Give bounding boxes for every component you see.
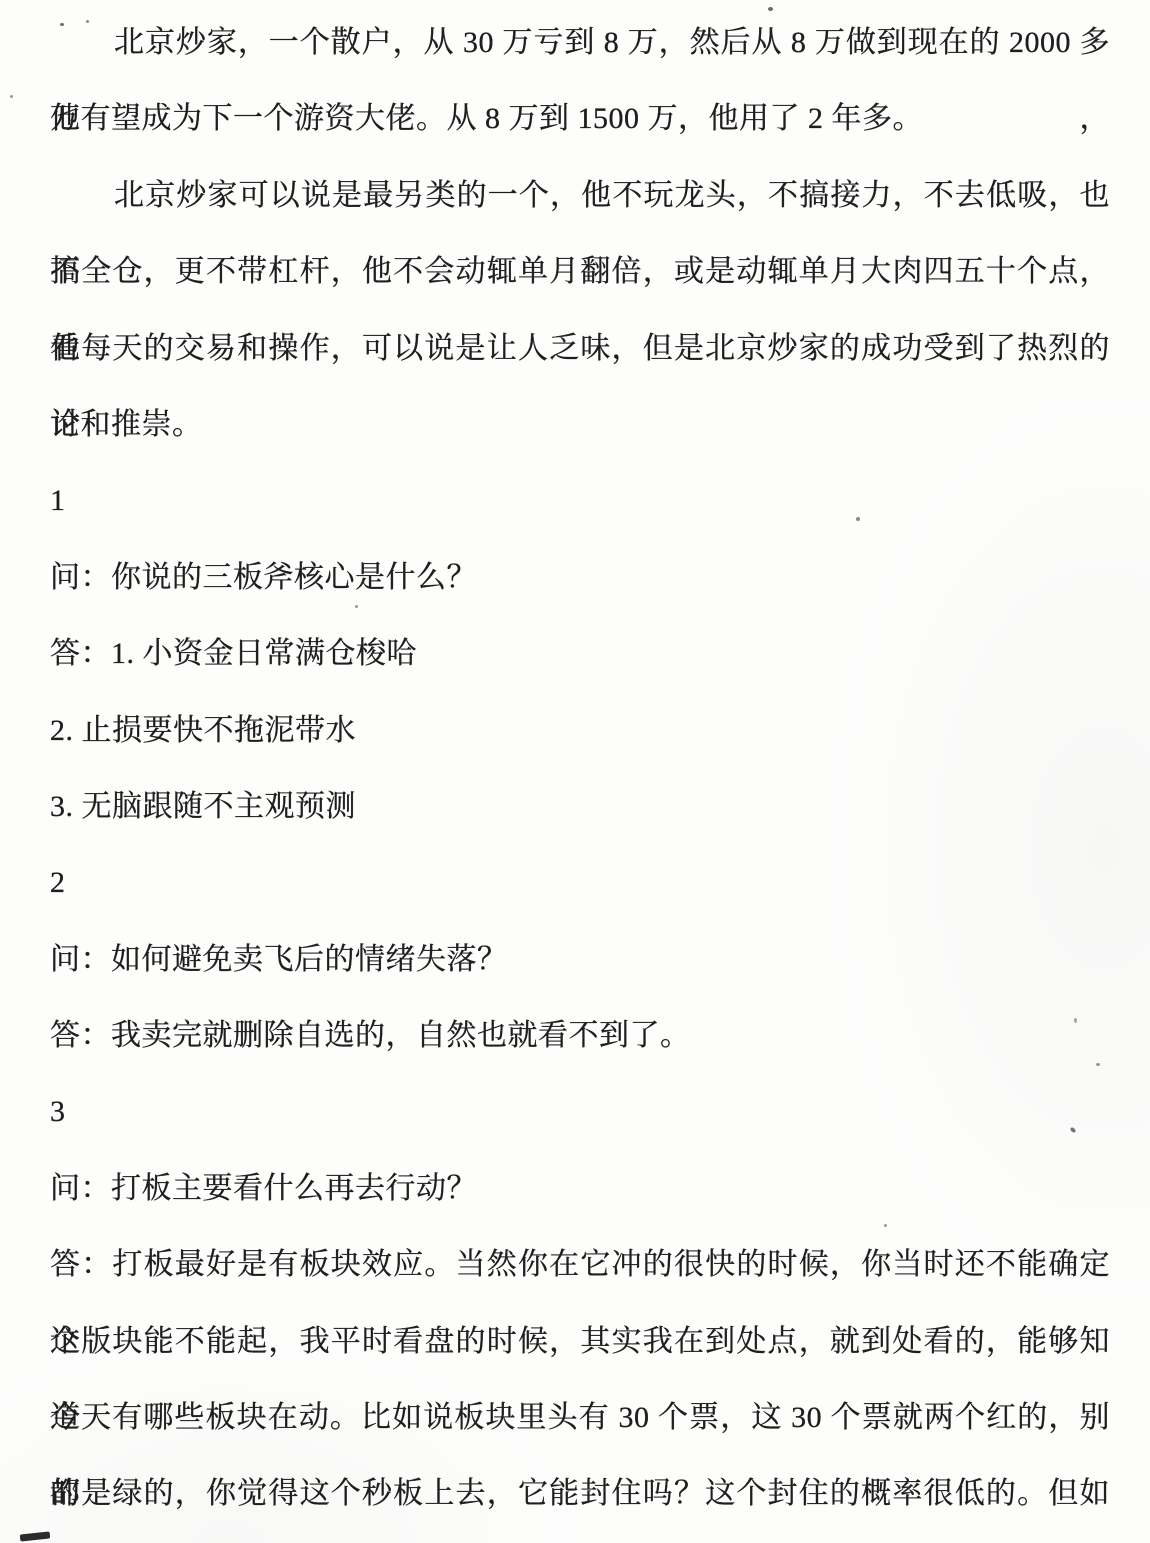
scan-speck xyxy=(10,95,13,98)
text-line: 1 xyxy=(50,463,1110,539)
text-line: 答：我卖完就删除自选的，自然也就看不到了。 xyxy=(50,998,1110,1074)
text-column: 北京炒家，一个散户，从 30 万亏到 8 万，然后从 8 万做到现在的 2000… xyxy=(50,5,1110,1533)
text-line: 论和推崇。 xyxy=(50,387,1110,463)
scan-speck xyxy=(884,1224,887,1227)
text-line: 都是绿的，你觉得这个秒板上去，它能封住吗？这个封住的概率很低的。但如果 xyxy=(50,1456,1110,1532)
text-line: 北京炒家，一个散户，从 30 万亏到 8 万，然后从 8 万做到现在的 2000… xyxy=(50,5,1110,81)
scan-speck xyxy=(355,605,358,608)
text-line: 2. 止损要快不拖泥带水 xyxy=(50,693,1110,769)
scan-speck xyxy=(60,23,64,26)
text-line: 个版块能不能起，我平时看盘的时候，其实我在到处点，就到处看的，能够知道 xyxy=(50,1304,1110,1380)
scan-speck xyxy=(1096,1063,1100,1066)
text-line: 答：1. 小资金日常满仓梭哈 xyxy=(50,616,1110,692)
scan-speck xyxy=(768,7,773,11)
text-line: 北京炒家可以说是最另类的一个，他不玩龙头，不搞接力，不去低吸，也不 xyxy=(50,158,1110,234)
text-line: 搞全仓，更不带杠杆，他不会动辄单月翻倍，或是动辄单月大肉四五十个点，看 xyxy=(50,234,1110,310)
text-line: 3. 无脑跟随不主观预测 xyxy=(50,769,1110,845)
text-line: 他每天的交易和操作，可以说是让人乏味，但是北京炒家的成功受到了热烈的讨 xyxy=(50,311,1110,387)
text-line: 2 xyxy=(50,845,1110,921)
text-line: 3 xyxy=(50,1074,1110,1150)
text-line: 问：打板主要看什么再去行动？ xyxy=(50,1151,1110,1227)
text-line: 今天有哪些板块在动。比如说板块里头有 30 个票，这 30 个票就两个红的，别的 xyxy=(50,1380,1110,1456)
document-page: 北京炒家，一个散户，从 30 万亏到 8 万，然后从 8 万做到现在的 2000… xyxy=(0,0,1150,1543)
scan-speck xyxy=(1074,1018,1077,1023)
text-line: 答：打板最好是有板块效应。当然你在它冲的很快的时候，你当时还不能确定这 xyxy=(50,1227,1110,1303)
scan-smudge xyxy=(20,1531,51,1541)
text-line: 问：如何避免卖飞后的情绪失落？ xyxy=(50,922,1110,998)
scan-speck xyxy=(856,517,860,521)
scan-speck xyxy=(86,20,89,23)
text-line: 问：你说的三板斧核心是什么？ xyxy=(50,540,1110,616)
